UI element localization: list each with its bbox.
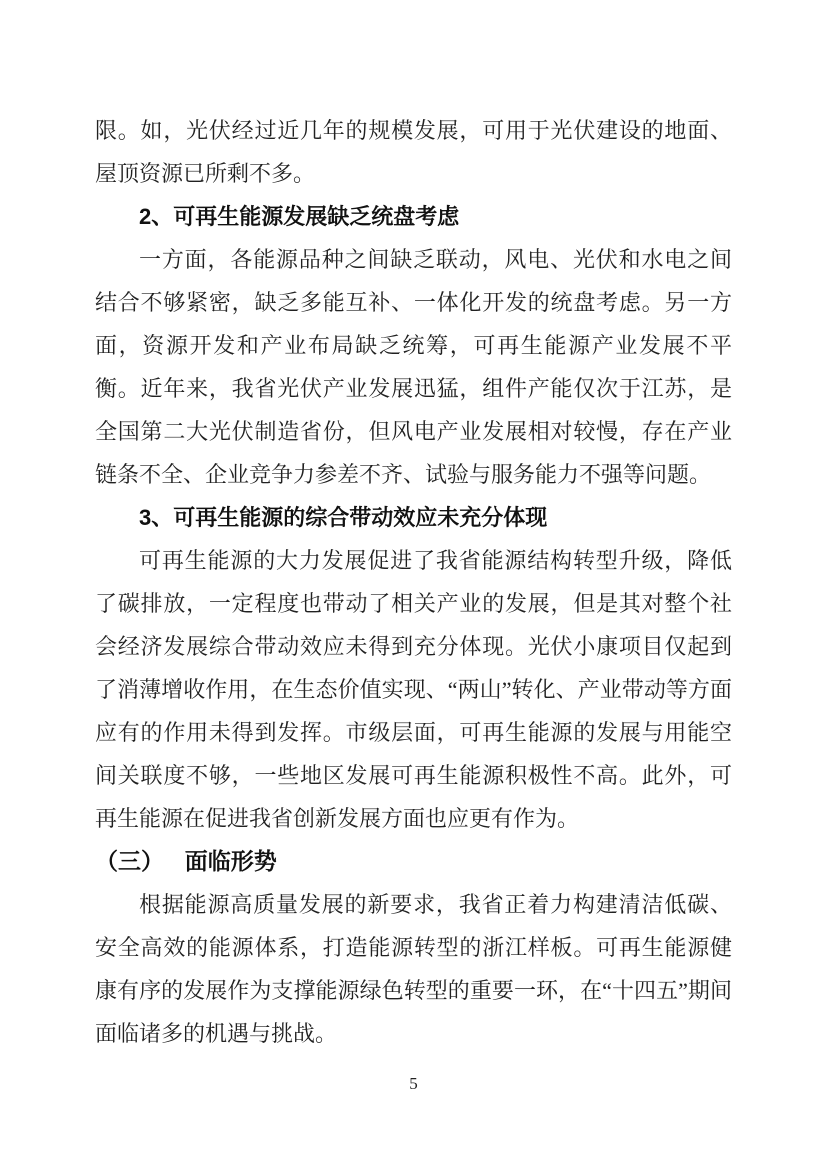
- heading-2-renewable-lacks-overall-planning: 2、可再生能源发展缺乏统盘考虑: [95, 195, 732, 238]
- page-number: 5: [409, 1074, 418, 1093]
- paragraph-continuation: 限。如，光伏经过近几年的规模发展，可用于光伏建设的地面、屋顶资源已所剩不多。: [95, 109, 732, 195]
- paragraph-3: 可再生能源的大力发展促进了我省能源结构转型升级，降低了碳排放，一定程度也带动了相…: [95, 539, 732, 840]
- heading-3-comprehensive-driving-effect: 3、可再生能源的综合带动效应未充分体现: [95, 496, 732, 539]
- section-heading-number: （三）: [95, 848, 164, 874]
- section-heading-situation: （三）面临形势: [95, 840, 732, 883]
- page-footer: 5: [0, 1074, 827, 1094]
- section-heading-title: 面临形势: [185, 848, 277, 874]
- document-body: 限。如，光伏经过近几年的规模发展，可用于光伏建设的地面、屋顶资源已所剩不多。 2…: [95, 109, 732, 1055]
- document-page: 限。如，光伏经过近几年的规模发展，可用于光伏建设的地面、屋顶资源已所剩不多。 2…: [0, 0, 827, 1169]
- paragraph-2: 一方面，各能源品种之间缺乏联动，风电、光伏和水电之间结合不够紧密，缺乏多能互补、…: [95, 238, 732, 496]
- paragraph-4: 根据能源高质量发展的新要求，我省正着力构建清洁低碳、安全高效的能源体系，打造能源…: [95, 883, 732, 1055]
